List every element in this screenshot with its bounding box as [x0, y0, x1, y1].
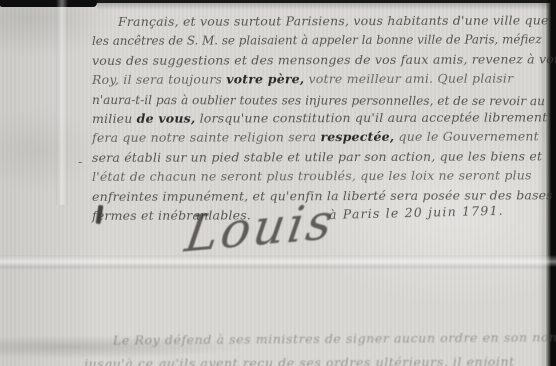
fold-crease-horizontal — [0, 255, 556, 270]
scan-edge-top-shadow — [97, 3, 548, 10]
line-text: Roy, il sera toujours — [92, 72, 226, 87]
manuscript-line: les ancêtres de S. M. se plaisaient à ap… — [92, 31, 542, 48]
overwritten-words: votre père, — [226, 71, 304, 86]
scan-edge-top-left — [0, 0, 97, 7]
fold-crease-vertical — [56, 0, 68, 205]
postscript-line: Le Roy défend à ses ministres de signer … — [113, 329, 556, 347]
manuscript-line: milieu de vous, lorsqu'une constitution … — [92, 109, 547, 126]
manuscript-line: n'aura-t-il pas à oublier toutes ses inj… — [92, 92, 545, 108]
manuscript-scan: Français, et vous surtout Parisiens, vou… — [0, 0, 556, 366]
overwritten-words: respectée, — [320, 129, 394, 144]
line-text: que le Gouvernement — [394, 128, 539, 144]
manuscript-line: vous des suggestions et des mensonges de… — [92, 51, 556, 68]
manuscript-line: fera que notre sainte religion sera resp… — [92, 128, 539, 145]
line-text: votre meilleur ami. Quel plaisir — [304, 71, 513, 87]
line-text: lorsqu'une constitution qu'il aura accep… — [195, 109, 547, 125]
manuscript-line: Français, et vous surtout Parisiens, vou… — [118, 12, 549, 29]
date-line: à Paris le 20 juin 1791. — [329, 203, 504, 222]
manuscript-line: sera établi sur un pied stable et utile … — [92, 148, 542, 165]
margin-dash: - — [78, 155, 82, 170]
line-text: milieu — [92, 111, 137, 126]
inserted-words: de vous, — [137, 111, 196, 126]
manuscript-line: Roy, il sera toujours votre père, votre … — [92, 71, 513, 87]
manuscript-line: l'état de chacun ne seront plus troublés… — [92, 167, 532, 184]
line-text: fera que notre sainte religion sera — [92, 129, 320, 145]
postscript-line: jusqu'à ce qu'ils ayent reçu de ses ordr… — [84, 354, 515, 366]
